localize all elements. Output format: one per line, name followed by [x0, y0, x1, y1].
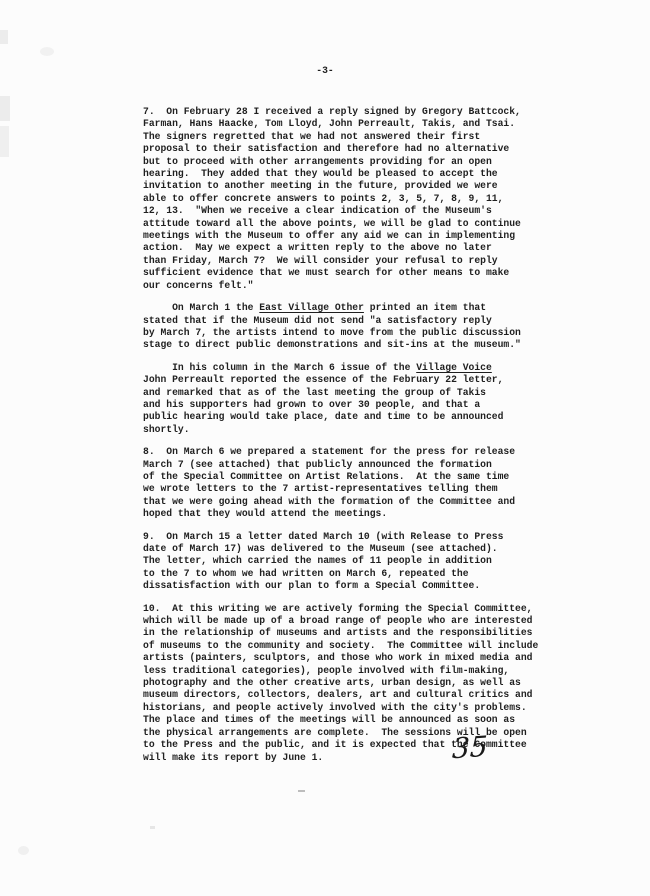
handwritten-page-number: 35 — [452, 732, 489, 765]
scanned-document-page: -3- 7. On February 28 I received a reply… — [0, 0, 650, 896]
scan-artifact — [0, 96, 10, 121]
paragraph-8: 8. On March 6 we prepared a statement fo… — [143, 446, 543, 520]
scan-artifact — [150, 826, 155, 829]
paragraph-march-6-column: In his column in the March 6 issue of th… — [143, 362, 543, 436]
paragraph-text: John Perreault reported the essence of t… — [143, 374, 503, 435]
scan-artifact — [298, 790, 305, 792]
publication-title-village-voice: Village Voice — [416, 362, 492, 373]
paragraph-text: On March 1 the — [143, 302, 259, 313]
paragraph-march-1: On March 1 the East Village Other printe… — [143, 302, 543, 352]
scan-artifact — [0, 30, 8, 44]
scan-artifact — [18, 846, 29, 855]
scan-artifact — [0, 126, 9, 157]
page-number: -3- — [0, 65, 650, 77]
publication-title-east-village-other: East Village Other — [259, 302, 364, 313]
paragraph-7: 7. On February 28 I received a reply sig… — [143, 106, 543, 292]
document-body: 7. On February 28 I received a reply sig… — [143, 106, 543, 774]
scan-artifact — [40, 47, 54, 56]
paragraph-text: In his column in the March 6 issue of th… — [143, 362, 416, 373]
paragraph-9: 9. On March 15 a letter dated March 10 (… — [143, 531, 543, 593]
